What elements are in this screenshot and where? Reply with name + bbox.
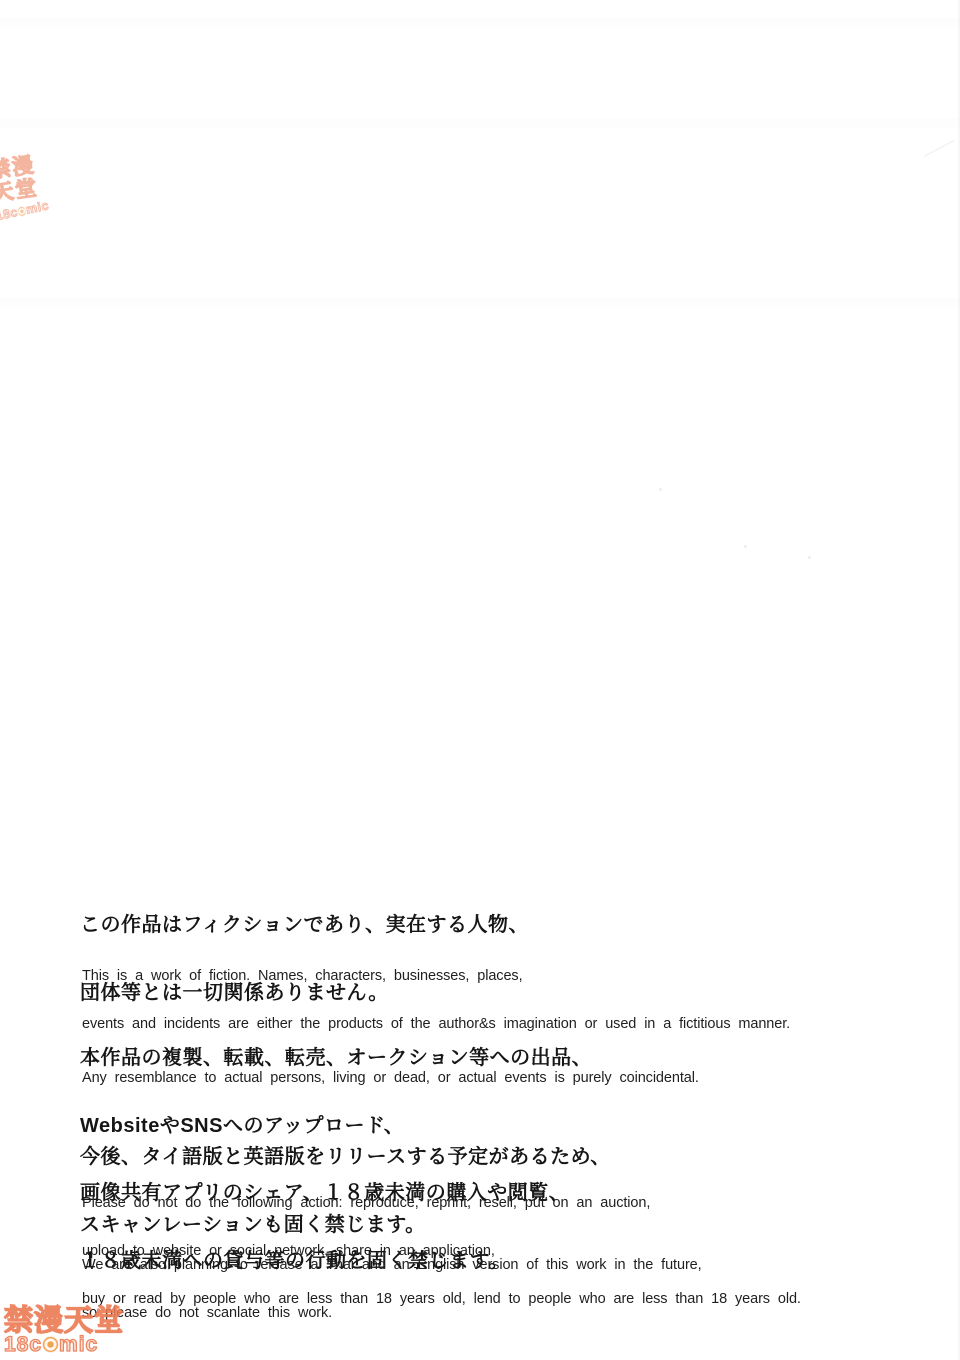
watermark-bottom: 禁漫天堂 18c mic	[4, 1306, 124, 1355]
disclaimer-line: Please do not do the following action: r…	[82, 1195, 801, 1211]
disclaimer-line: We are also planning to release a Thai a…	[82, 1257, 702, 1273]
watermark-top: 禁漫天堂 18c mic	[0, 153, 50, 222]
scanned-page: 禁漫天堂 18c mic この作品はフィクションであり、実在する人物、 団体等と…	[0, 0, 960, 1360]
watermark-kanji: 禁漫天堂	[4, 1306, 124, 1336]
watermark-site-suffix: mic	[25, 199, 50, 217]
watermark-site-prefix: 18c	[0, 206, 19, 223]
scan-speck-artifact	[744, 545, 747, 548]
disclaimer-line: 本作品の複製、転載、転売、オークション等への出品、	[80, 1048, 592, 1070]
disclaimer-en-scanlation: We are also planning to release a Thai a…	[82, 1225, 702, 1353]
watermark-kanji: 禁漫天堂	[0, 153, 48, 206]
watermark-site: 18c mic	[4, 1334, 124, 1355]
watermark-site-suffix: mic	[59, 1334, 98, 1355]
scan-speck-artifact	[808, 556, 811, 559]
scan-band-artifact	[0, 18, 960, 28]
scan-band-artifact	[0, 118, 960, 128]
disclaimer-line: この作品はフィクションであり、実在する人物、	[80, 914, 529, 936]
scan-band-artifact	[0, 298, 960, 308]
site-logo-icon	[43, 1337, 58, 1352]
scan-speck-artifact	[659, 488, 662, 491]
disclaimer-line: so please do not scanlate this work.	[82, 1305, 702, 1321]
scan-scratch-artifact	[924, 140, 954, 157]
disclaimer-line: This is a work of fiction. Names, charac…	[82, 968, 790, 984]
watermark-site-prefix: 18c	[4, 1334, 42, 1355]
